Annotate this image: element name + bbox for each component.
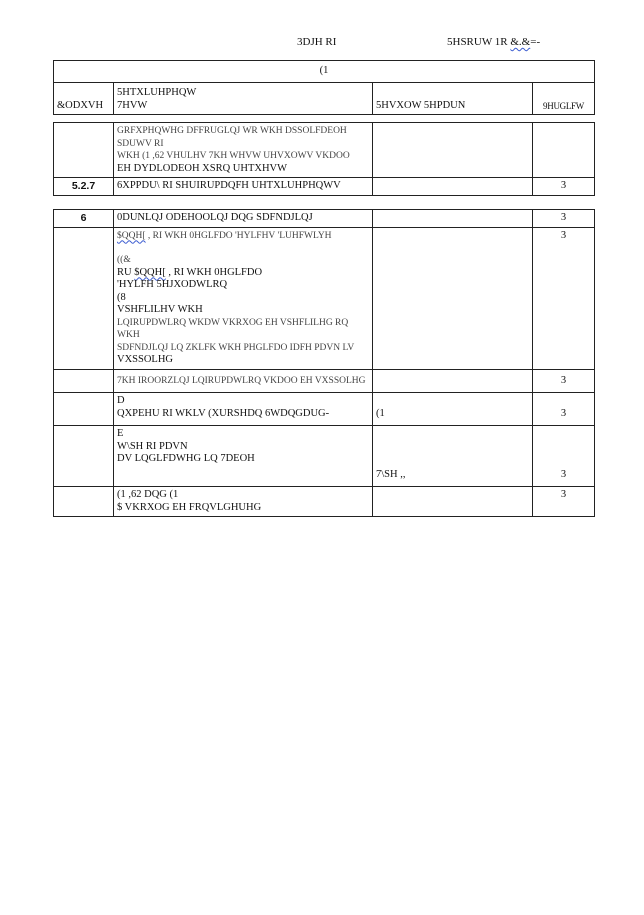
column-header-clause: &ODXVH xyxy=(54,83,114,115)
section-6-table: 6 0DUNLQJ ODEHOOLQJ DQG SDFNDJLQJ 3 $QQH… xyxy=(53,209,595,517)
requirement-cell: 7KH IROORZLQJ LQIRUPDWLRQ VKDOO EH VXSSO… xyxy=(114,369,373,393)
requirement-line: (8 xyxy=(117,292,369,305)
requirement-line: D xyxy=(117,395,369,408)
requirement-line: VSHFLILHV WKH xyxy=(117,304,369,317)
requirement-line: 'HYLFH 5HJXODWLRQ xyxy=(117,279,369,292)
requirement-line: ((& xyxy=(117,254,369,267)
table-row: 5.2.7 6XPPDU\ RI SHUIRUPDQFH UHTXLUHPHQW… xyxy=(54,178,595,196)
spacer xyxy=(117,242,369,254)
table-row: $QQH[ , RI WKH 0HGLFDO 'HYLFHV 'LUHFWLYH… xyxy=(54,227,595,369)
section-5-2-table: GRFXPHQWHG DFFRUGLQJ WR WKH DSSOLFDEOH S… xyxy=(53,122,595,196)
requirement-cell: GRFXPHQWHG DFFRUGLQJ WR WKH DSSOLFDEOH S… xyxy=(114,123,373,178)
result-cell xyxy=(373,210,533,228)
requirement-line: 7KH IROORZLQJ LQIRUPDWLRQ VKDOO EH VXSSO… xyxy=(117,372,369,391)
clause-cell: 6 xyxy=(54,210,114,228)
requirement-line: QXPEHU RI WKLV (XURSHDQ 6WDQGDUG- xyxy=(117,408,369,424)
result-cell: (1 xyxy=(373,393,533,426)
result-cell xyxy=(373,227,533,369)
table-row: GRFXPHQWHG DFFRUGLQJ WR WKH DSSOLFDEOH S… xyxy=(54,123,595,178)
requirement-line: $ VKRXOG EH FRQVLGHUHG xyxy=(117,502,369,515)
requirement-cell: 0DUNLQJ ODEHOOLQJ DQG SDFNDJLQJ xyxy=(114,210,373,228)
table-row: 6 0DUNLQJ ODEHOOLQJ DQG SDFNDJLQJ 3 xyxy=(54,210,595,228)
requirement-cell: D QXPEHU RI WKLV (XURSHDQ 6WDQGDUG- xyxy=(114,393,373,426)
column-header-result: 5HVXOW 5HPDUN xyxy=(373,83,533,115)
requirement-line: 6XPPDU\ RI SHUIRUPDQFH UHTXLUHPHQWV xyxy=(117,180,369,193)
verdict-cell xyxy=(533,123,595,178)
header-table: (1 &ODXVH 5HTXLUHPHQW7HVW 5HVXOW 5HPDUN … xyxy=(53,60,595,115)
requirement-cell: E W\SH RI PDVN DV LQGLFDWHG LQ 7DEOH xyxy=(114,426,373,487)
requirement-line: E xyxy=(117,428,369,441)
requirement-line: W\SH RI PDVN xyxy=(117,441,369,454)
page-number-label: 3DJH RI xyxy=(297,36,336,48)
table-row: 7KH IROORZLQJ LQIRUPDWLRQ VKDOO EH VXSSO… xyxy=(54,369,595,393)
annex-reference: $QQH[ xyxy=(134,267,166,278)
result-cell xyxy=(373,369,533,393)
requirement-cell: (1 ,62 DQG (1 $ VKRXOG EH FRQVLGHUHG xyxy=(114,487,373,517)
verdict-cell: 3 xyxy=(533,393,595,426)
requirement-line: RU $QQH[ , RI WKH 0HGLFDO xyxy=(117,267,369,280)
requirement-text: , RI WKH 0HGLFDO xyxy=(166,267,262,278)
clause-cell: 5.2.7 xyxy=(54,178,114,196)
report-number-label: 5HSRUW 1R &.&=- xyxy=(447,36,540,48)
clause-cell xyxy=(54,227,114,369)
report-number-code: &.& xyxy=(510,36,530,48)
verdict-cell: 3 xyxy=(533,487,595,517)
requirement-line: GRFXPHQWHG DFFRUGLQJ WR WKH DSSOLFDEOH S… xyxy=(117,125,369,150)
report-number-prefix: 5HSRUW 1R xyxy=(447,36,510,48)
column-header-verdict: 9HUGLFW xyxy=(533,83,595,115)
report-number-suffix: =- xyxy=(530,36,540,48)
column-header-requirement-line2: 7HVW xyxy=(117,100,369,113)
requirement-line: EH DYDLODEOH XSRQ UHTXHVW xyxy=(117,163,369,176)
verdict-cell: 3 xyxy=(533,178,595,196)
column-header-requirement: 5HTXLUHPHQW7HVW xyxy=(114,83,373,115)
clause-cell xyxy=(54,487,114,517)
requirement-line: VXSSOLHG xyxy=(117,354,369,367)
requirement-line: DV LQGLFDWHG LQ 7DEOH xyxy=(117,453,369,466)
table-row: E W\SH RI PDVN DV LQGLFDWHG LQ 7DEOH 7\S… xyxy=(54,426,595,487)
requirement-text: RU xyxy=(117,267,134,278)
requirement-line: (1 ,62 DQG (1 xyxy=(117,489,369,502)
requirement-line: WKH (1 ,62 VHULHV 7KH WHVW UHVXOWV VKDOO xyxy=(117,150,369,163)
requirement-text: , RI WKH 0HGLFDO 'HYLFHV 'LUHFWLYH xyxy=(146,231,332,241)
clause-cell xyxy=(54,426,114,487)
clause-cell xyxy=(54,369,114,393)
verdict-cell: 3 xyxy=(533,426,595,487)
requirement-line: LQIRUPDWLRQ WKDW VKRXOG EH VSHFLILHG RQ … xyxy=(117,317,369,342)
clause-cell xyxy=(54,123,114,178)
standard-title: (1 xyxy=(54,61,595,83)
annex-reference: $QQH[ xyxy=(117,231,146,241)
result-cell: 7\SH ,, xyxy=(373,426,533,487)
requirement-line: 0DUNLQJ ODEHOOLQJ DQG SDFNDJLQJ xyxy=(117,212,369,225)
result-cell xyxy=(373,123,533,178)
column-header-requirement-line1: 5HTXLUHPHQW xyxy=(117,87,369,100)
clause-cell xyxy=(54,393,114,426)
requirement-cell: $QQH[ , RI WKH 0HGLFDO 'HYLFHV 'LUHFWLYH… xyxy=(114,227,373,369)
requirement-line: $QQH[ , RI WKH 0HGLFDO 'HYLFHV 'LUHFWLYH xyxy=(117,230,369,243)
table-row: (1 ,62 DQG (1 $ VKRXOG EH FRQVLGHUHG 3 xyxy=(54,487,595,517)
result-cell xyxy=(373,178,533,196)
result-cell xyxy=(373,487,533,517)
table-row: D QXPEHU RI WKLV (XURSHDQ 6WDQGDUG- (1 3 xyxy=(54,393,595,426)
verdict-cell: 3 xyxy=(533,227,595,369)
requirement-line: SDFNDJLQJ LQ ZKLFK WKH PHGLFDO IDFH PDVN… xyxy=(117,342,369,355)
requirement-cell: 6XPPDU\ RI SHUIRUPDQFH UHTXLUHPHQWV xyxy=(114,178,373,196)
verdict-cell: 3 xyxy=(533,369,595,393)
verdict-cell: 3 xyxy=(533,210,595,228)
